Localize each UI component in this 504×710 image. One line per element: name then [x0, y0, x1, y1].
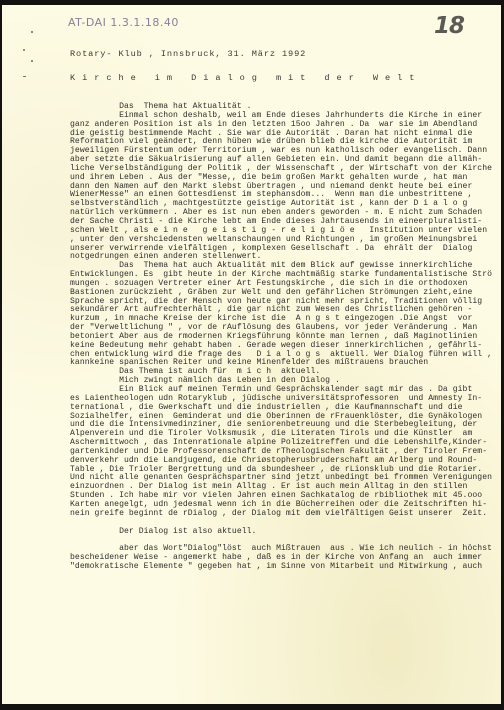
text-line: Der Dialog ist also aktuell. — [70, 528, 501, 537]
archive-reference: AT-DAI 1.3.1.18.40 — [68, 16, 179, 29]
margin-mark — [31, 60, 33, 62]
text-line: "demokratische Elemente " gegeben hat , … — [70, 563, 501, 572]
page-number-marker: 18 — [434, 13, 464, 39]
margin-mark — [31, 31, 33, 33]
document-body: Das Thema hat Aktualität . Einmal schon … — [70, 103, 501, 572]
text-line: nein greife beginnt de rDialog , der Dia… — [70, 510, 501, 519]
document-header: Rotary- Klub , Innsbruck, 31. März 1992 — [70, 49, 306, 59]
margin-mark — [23, 49, 25, 51]
margin-mark — [23, 76, 26, 77]
document-title: K i r c h e i m D i a l o g m i t d e r … — [70, 73, 415, 83]
scanned-document-page: AT-DAI 1.3.1.18.40 18 Rotary- Klub , Inn… — [2, 5, 501, 704]
